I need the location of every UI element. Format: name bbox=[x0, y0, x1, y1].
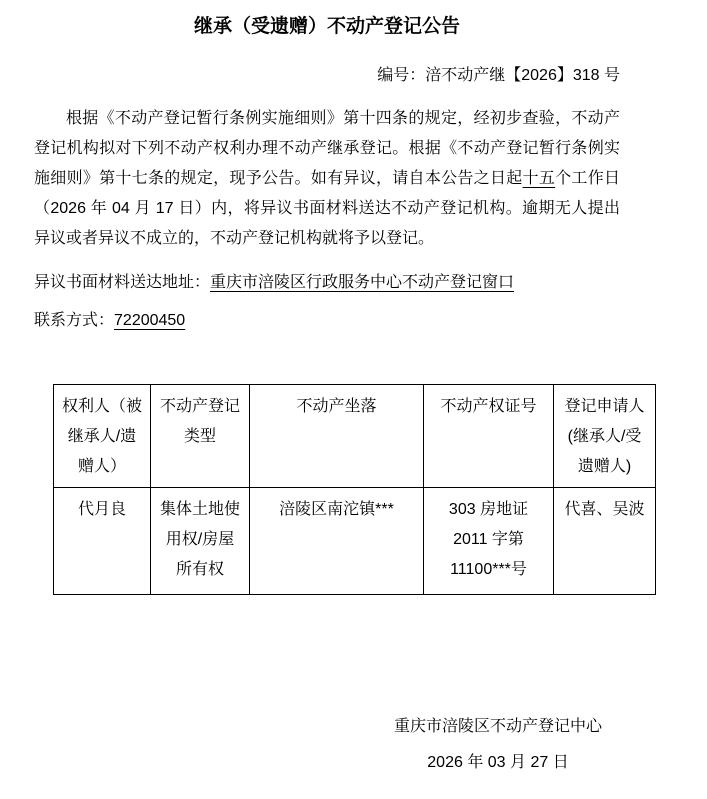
address-value: 重庆市涪陵区行政服务中心不动产登记窗口 bbox=[210, 274, 514, 291]
cell-registration-type: 集体土地使 用权/房屋 所有权 bbox=[151, 488, 250, 595]
announcement-table: 权利人（被 继承人/遗 赠人） 不动产登记 类型 不动产坐落 不动产权证号 登记… bbox=[53, 384, 656, 595]
cell-certificate-number: 303 房地证 2011 字第 11100***号 bbox=[424, 488, 554, 595]
contact-value: 72200450 bbox=[114, 312, 185, 329]
header-right-holder: 权利人（被 继承人/遗 赠人） bbox=[54, 385, 151, 488]
address-line: 异议书面材料送达地址：重庆市涪陵区行政服务中心不动产登记窗口 bbox=[34, 268, 620, 298]
contact-line: 联系方式：72200450 bbox=[34, 306, 620, 336]
footer-date: 2026 年 03 月 27 日 bbox=[348, 745, 648, 781]
deadline-underlined-text: 十五 bbox=[523, 170, 556, 187]
header-registration-type: 不动产登记 类型 bbox=[151, 385, 250, 488]
address-label: 异议书面材料送达地址： bbox=[34, 274, 210, 291]
document-footer: 重庆市涪陵区不动产登记中心 2026 年 03 月 27 日 bbox=[348, 709, 648, 781]
cell-right-holder: 代月良 bbox=[54, 488, 151, 595]
header-applicant: 登记申请人 (继承人/受 遗赠人) bbox=[554, 385, 656, 488]
body-paragraph: 根据《不动产登记暂行条例实施细则》第十四条的规定，经初步查验，不动产登记机构拟对… bbox=[34, 104, 620, 254]
footer-organization: 重庆市涪陵区不动产登记中心 bbox=[348, 709, 648, 745]
cell-property-location: 涪陵区南沱镇*** bbox=[250, 488, 424, 595]
header-property-location: 不动产坐落 bbox=[250, 385, 424, 488]
document-content: 继承（受遗赠）不动产登记公告 编号：涪不动产继【2026】318 号 根据《不动… bbox=[0, 0, 707, 781]
cell-applicant: 代喜、吴波 bbox=[554, 488, 656, 595]
header-certificate-number: 不动产权证号 bbox=[424, 385, 554, 488]
page-title: 继承（受遗赠）不动产登记公告 bbox=[34, 14, 620, 40]
table-row: 代月良 集体土地使 用权/房屋 所有权 涪陵区南沱镇*** 303 房地证 20… bbox=[54, 488, 656, 595]
document-page: 继承（受遗赠）不动产登记公告 编号：涪不动产继【2026】318 号 根据《不动… bbox=[0, 0, 707, 799]
table-header-row: 权利人（被 继承人/遗 赠人） 不动产登记 类型 不动产坐落 不动产权证号 登记… bbox=[54, 385, 656, 488]
contact-label: 联系方式： bbox=[34, 312, 114, 329]
document-number: 编号：涪不动产继【2026】318 号 bbox=[34, 64, 620, 88]
